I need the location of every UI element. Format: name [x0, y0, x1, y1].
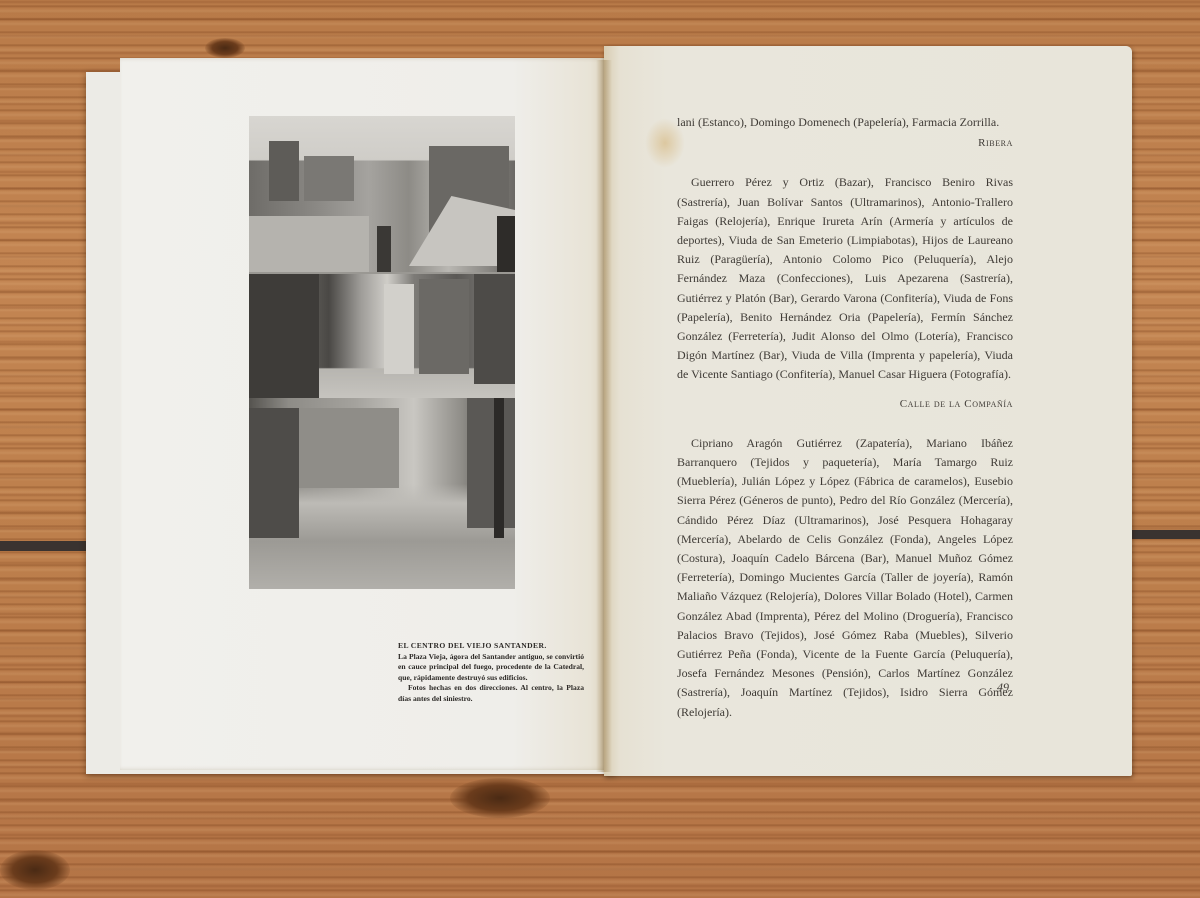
- continuation-paragraph: lani (Estanco), Domingo Domenech (Papele…: [677, 113, 1013, 132]
- caption-note: Fotos hechas en dos direcciones. Al cent…: [398, 683, 584, 704]
- photo-plaza-vieja: [249, 274, 515, 404]
- section-heading-calle-compania: Calle de la Compañía: [677, 395, 1013, 414]
- page-number: 49: [997, 680, 1009, 695]
- right-page-text: lani (Estanco), Domingo Domenech (Papele…: [677, 113, 1013, 722]
- photo-collage: [249, 116, 515, 589]
- wood-knot: [205, 38, 245, 58]
- plank-gap-left: [0, 541, 86, 551]
- photo-rubble: [249, 398, 515, 589]
- wood-knot: [0, 850, 70, 890]
- caption-paragraph: EL CENTRO DEL VIEJO SANTANDER. La Plaza …: [398, 641, 584, 683]
- section-text-ribera: Guerrero Pérez y Ortiz (Bazar), Francisc…: [677, 173, 1013, 384]
- section-heading-ribera: Ribera: [677, 134, 1013, 153]
- wood-knot: [450, 778, 550, 818]
- book-gutter: [596, 60, 612, 772]
- photo-ruins-street: [249, 116, 515, 272]
- caption-text: La Plaza Vieja, ágora del Santander anti…: [398, 652, 584, 682]
- section-text-calle-compania: Cipriano Aragón Gutiérrez (Zapatería), M…: [677, 434, 1013, 722]
- plank-gap-right: [1130, 530, 1200, 539]
- photo-caption: EL CENTRO DEL VIEJO SANTANDER. La Plaza …: [398, 641, 584, 705]
- caption-title: EL CENTRO DEL VIEJO SANTANDER.: [398, 641, 584, 652]
